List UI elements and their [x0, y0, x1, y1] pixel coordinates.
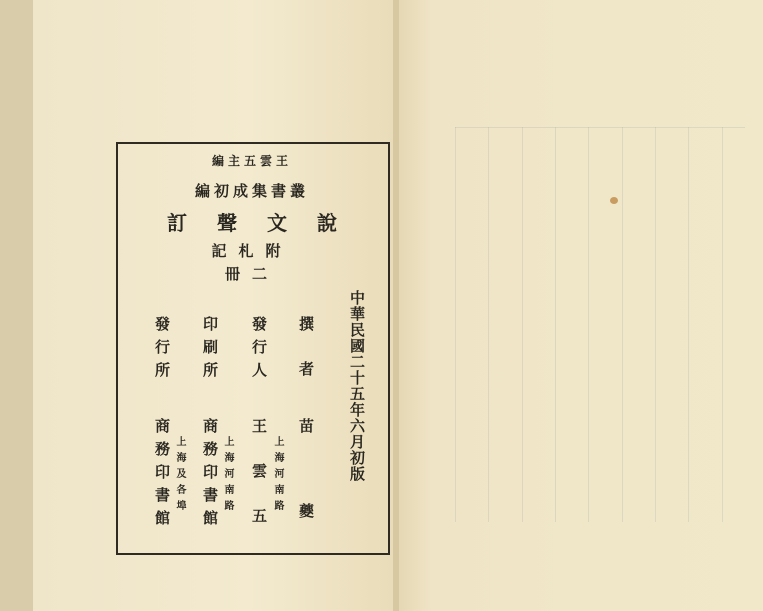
show-through-rule: [722, 127, 723, 522]
show-through-rule: [455, 127, 745, 128]
publisher-label: 發行所: [152, 316, 173, 385]
book-edge: [0, 0, 33, 611]
author-name: 苗夔: [296, 418, 317, 588]
author-label: 撰者: [296, 316, 317, 406]
show-through-rule: [555, 127, 556, 522]
volume-count: 二冊: [116, 263, 388, 284]
publisher-person-label: 發行人: [249, 316, 270, 385]
series-title: 叢書集成初編: [116, 180, 388, 201]
editor-line: 王雲五主編: [116, 152, 388, 169]
right-page: [395, 0, 763, 611]
supplement-note: 附札記: [116, 240, 388, 261]
printer-label: 印刷所: [200, 316, 221, 385]
show-through-rule: [455, 127, 456, 522]
publisher-name: 商務印書館: [152, 418, 173, 533]
publisher-address: 上海及各埠: [172, 436, 187, 516]
edition-date: 中華民國二十五年六月初版: [347, 290, 368, 482]
publisher-person-name: 王雲五: [249, 418, 270, 553]
show-through-rule: [655, 127, 656, 522]
paper-stain: [610, 197, 618, 204]
show-through-rule: [488, 127, 489, 522]
show-through-rule: [522, 127, 523, 522]
show-through-rule: [688, 127, 689, 522]
publisher-person-address: 上海河南路: [270, 436, 285, 516]
printer-address: 上海河南路: [220, 436, 235, 516]
show-through-rule: [622, 127, 623, 522]
show-through-rule: [588, 127, 589, 522]
book-title: 說文聲訂: [116, 207, 388, 236]
printer-name: 商務印書館: [200, 418, 221, 533]
book-gutter: [393, 0, 399, 611]
